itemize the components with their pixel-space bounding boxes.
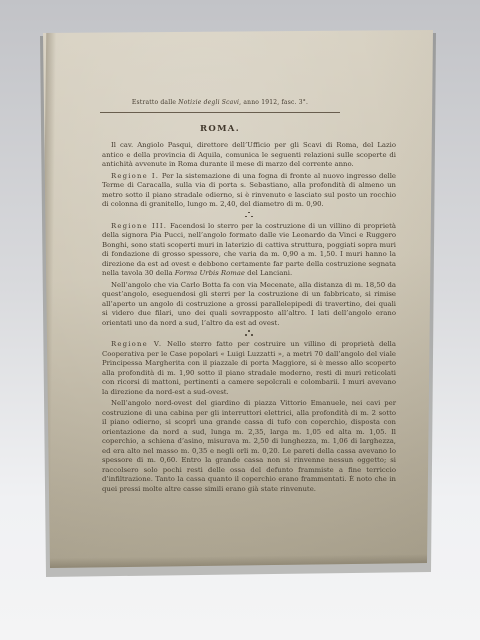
citation: Estratto dalle Notizie degli Scavi, anno… [100,99,340,106]
citation-suffix: , anno 1912, fasc. 3°. [239,99,308,106]
photo-background: Estratto dalle Notizie degli Scavi, anno… [0,0,480,640]
paragraph: Regione V. Nello sterro fatto per costru… [102,340,396,397]
page-title: ROMA. [100,124,340,134]
citation-prefix: Estratto dalle [132,99,178,106]
citation-work-title: Notizie degli Scavi [178,99,239,106]
paragraph: Regione III. Facendosi lo sterro per la … [102,222,396,279]
citation-rule [100,112,340,113]
paragraph: Nell’angolo nord-ovest del giardino di p… [102,399,396,494]
asterism-icon [102,330,396,337]
document-body: Il cav. Angiolo Pasqui, direttore dell’U… [102,141,396,496]
paragraph: Regione I. Per la sistemazione di una fo… [102,172,396,210]
paper-sheet: Estratto dalle Notizie degli Scavi, anno… [0,0,480,640]
paragraph: Nell’angolo che via Carlo Botta fa con v… [102,281,396,329]
paragraph: Il cav. Angiolo Pasqui, direttore dell’U… [102,141,396,170]
asterism-icon [102,212,396,219]
